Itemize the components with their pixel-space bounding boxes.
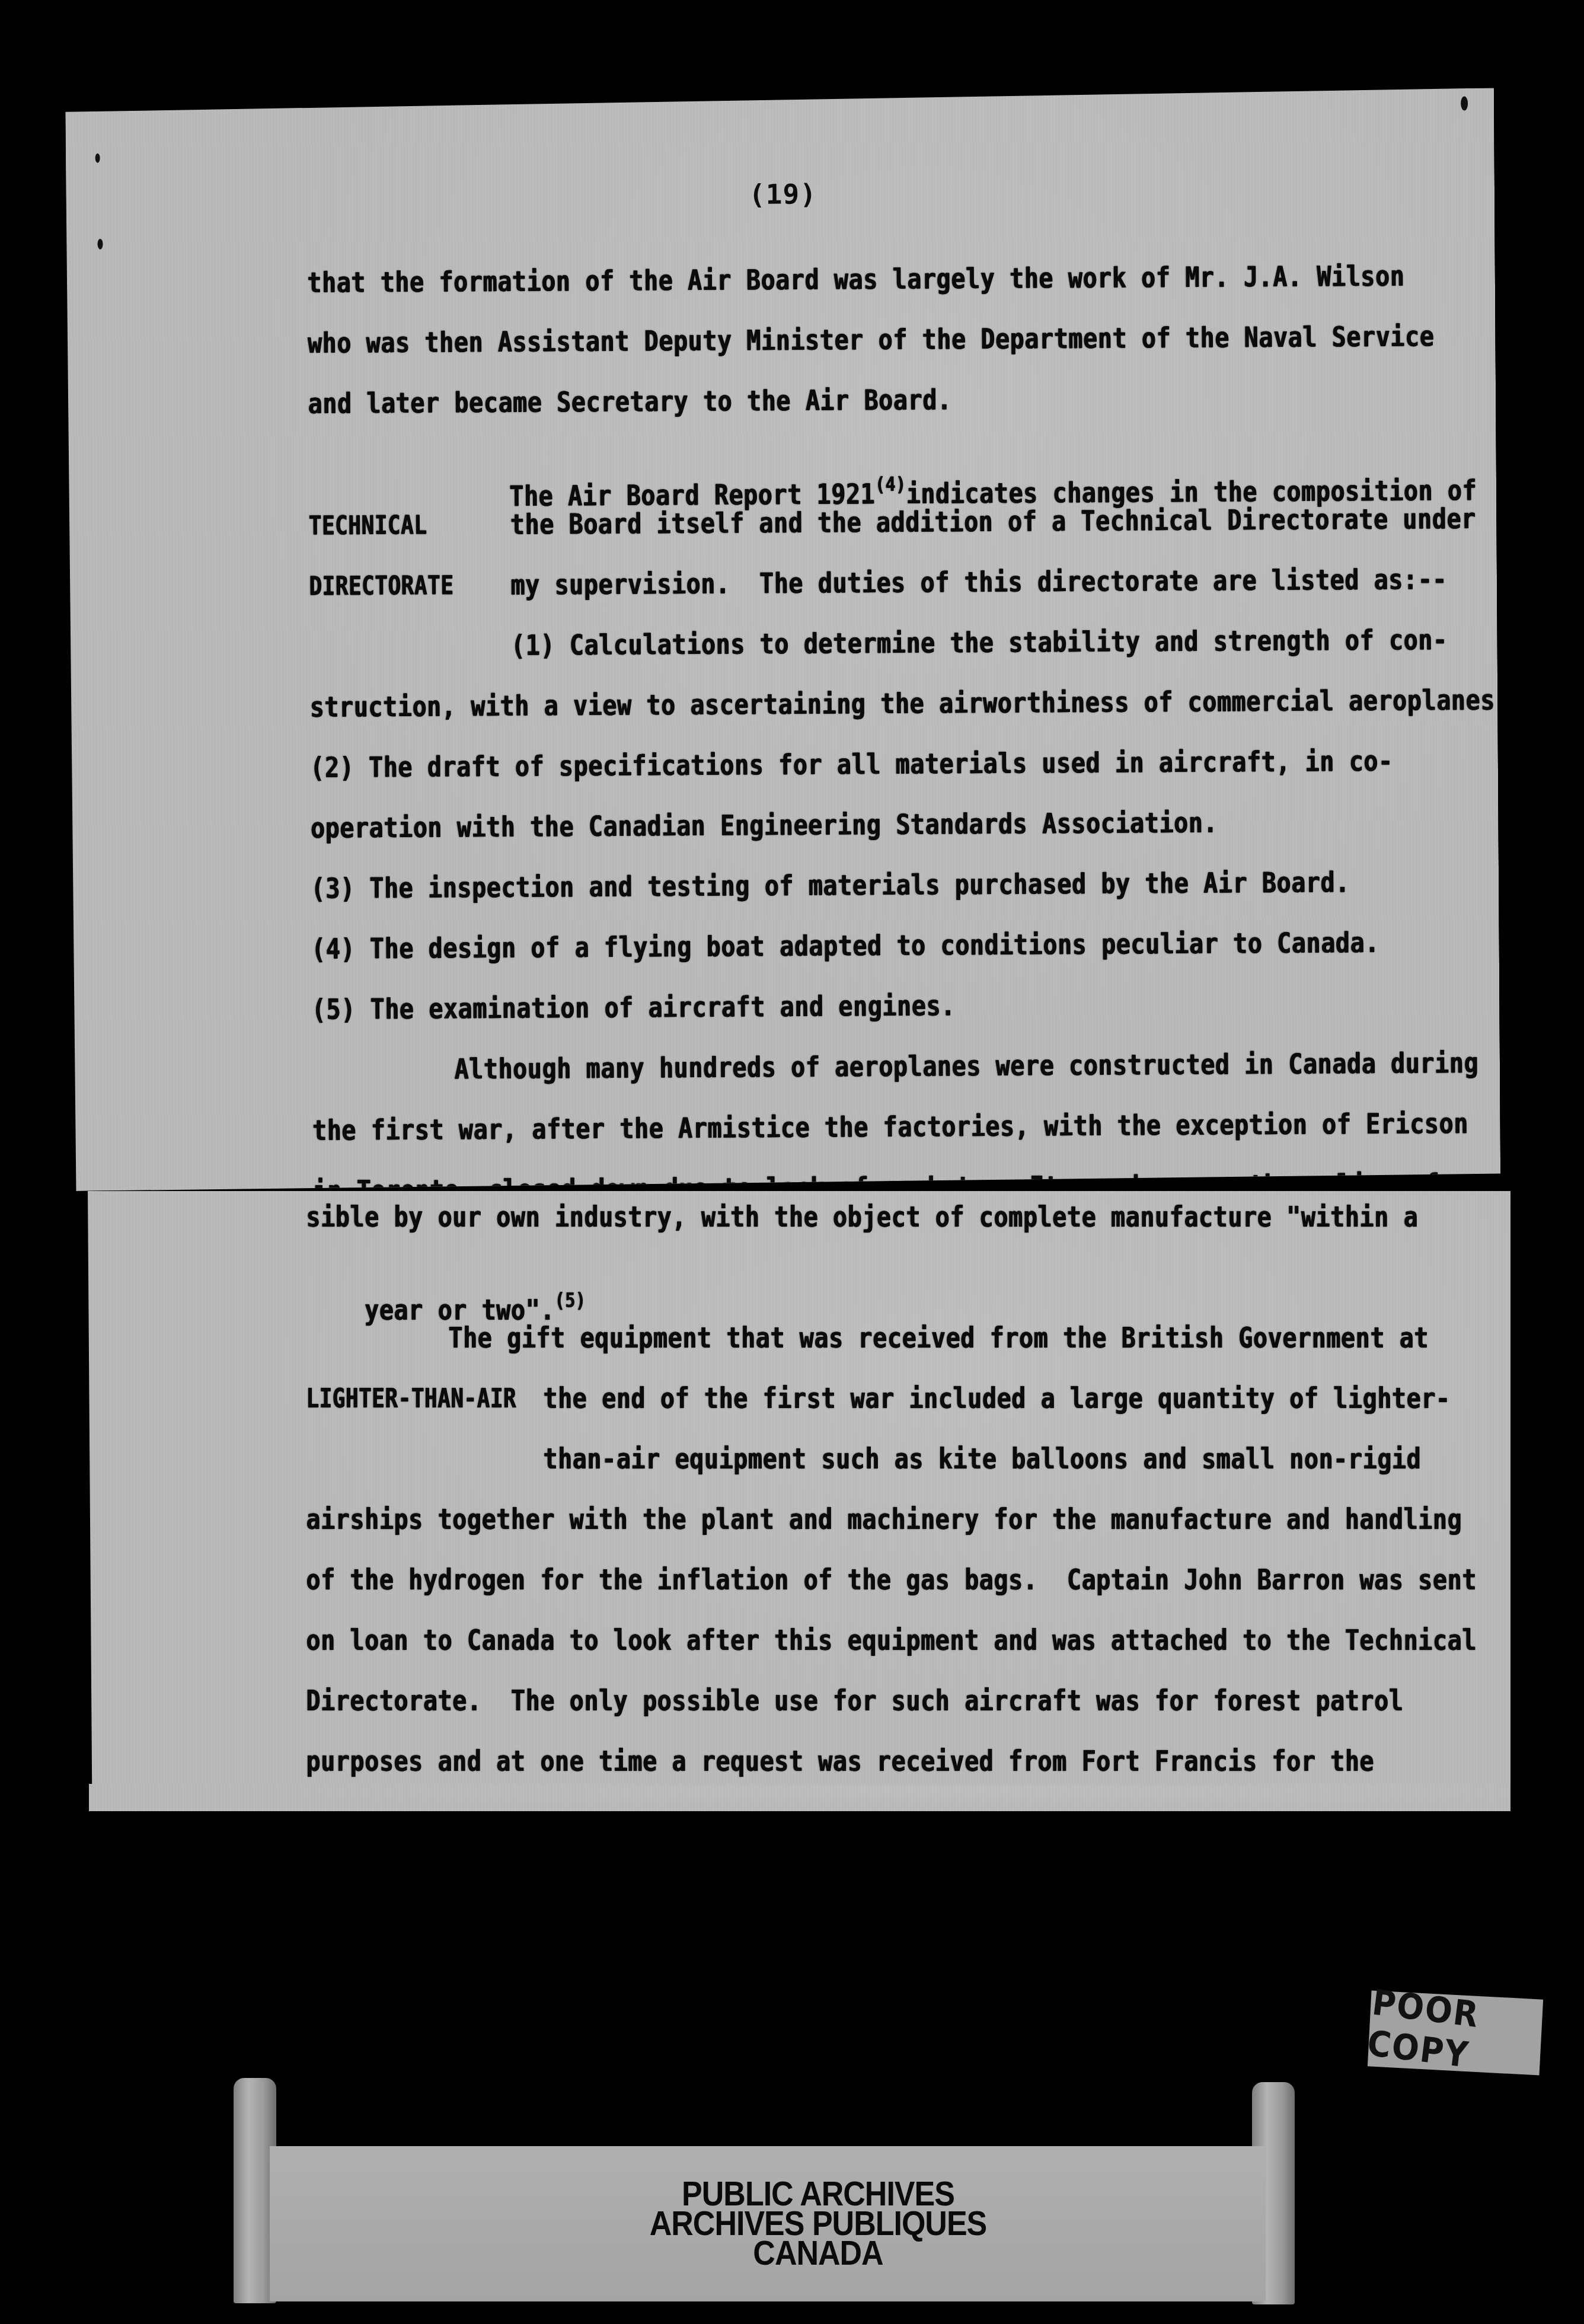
text-line: purposes and at one time a request was r…: [306, 1746, 1374, 1778]
text-line: and later became Secretary to the Air Bo…: [308, 384, 951, 420]
handwritten-tag-text: POOR COPY: [1365, 1982, 1546, 2084]
list-item: (1) Calculations to determine the stabil…: [511, 624, 1448, 662]
text-line: operation with the Canadian Engineering …: [310, 807, 1218, 845]
text-line: Directorate. The only possible use for s…: [306, 1685, 1403, 1718]
text-line: that the formation of the Air Board was …: [307, 260, 1404, 299]
footnote-ref-4: (4): [875, 473, 906, 496]
text-line: who was then Assistant Deputy Minister o…: [307, 321, 1434, 360]
list-item: (2) The draft of specifications for all …: [310, 745, 1393, 784]
text-fragment: year or two".: [365, 1294, 555, 1326]
archive-stamp: PUBLIC ARCHIVES ARCHIVES PUBLIQUES CANAD…: [270, 2146, 1266, 2301]
text-line: my supervision. The duties of this direc…: [510, 564, 1447, 602]
ink-speck: [97, 239, 103, 250]
document-page-bottom: [89, 1784, 1510, 1811]
margin-heading-directorate: DIRECTORATE: [309, 571, 454, 602]
text-line: sible by our own industry, with the obje…: [306, 1202, 1418, 1234]
handwritten-tag: POOR COPY: [1368, 1990, 1543, 2075]
list-item: (5) The examination of aircraft and engi…: [311, 990, 955, 1026]
text-line: of the hydrogen for the inflation of the…: [306, 1565, 1477, 1597]
margin-heading-technical: TECHNICAL: [308, 510, 427, 541]
list-item: (4) The design of a flying boat adapted …: [311, 927, 1379, 965]
text-line: than-air equipment such as kite balloons…: [543, 1444, 1421, 1476]
text-line: the first war, after the Armistice the f…: [312, 1108, 1468, 1147]
text-line: the end of the first war included a larg…: [543, 1383, 1450, 1415]
ink-speck: [1461, 97, 1468, 111]
ink-speck: [95, 154, 100, 163]
document-page: (19) that the formation of the Air Board…: [65, 88, 1500, 1191]
margin-heading-lighter-than-air: LIGHTER-THAN-AIR: [306, 1384, 516, 1414]
text-line: the Board itself and the addition of a T…: [510, 503, 1476, 541]
text-line: struction, with a view to ascertaining t…: [309, 684, 1495, 723]
text-line: on loan to Canada to look after this equ…: [306, 1625, 1477, 1657]
text-line: The gift equipment that was received fro…: [448, 1323, 1429, 1355]
text-line: Although many hundreds of aeroplanes wer…: [454, 1047, 1478, 1086]
page-number: (19): [749, 178, 817, 210]
document-page-continued: the Air Board to encourage the manufactu…: [88, 1191, 1510, 1784]
list-item: (3) The inspection and testing of materi…: [311, 867, 1350, 905]
footnote-ref-5: (5): [555, 1289, 586, 1312]
archive-stamp-line-3: CANADA: [753, 2237, 883, 2270]
text-line: airships together with the plant and mac…: [306, 1504, 1462, 1536]
